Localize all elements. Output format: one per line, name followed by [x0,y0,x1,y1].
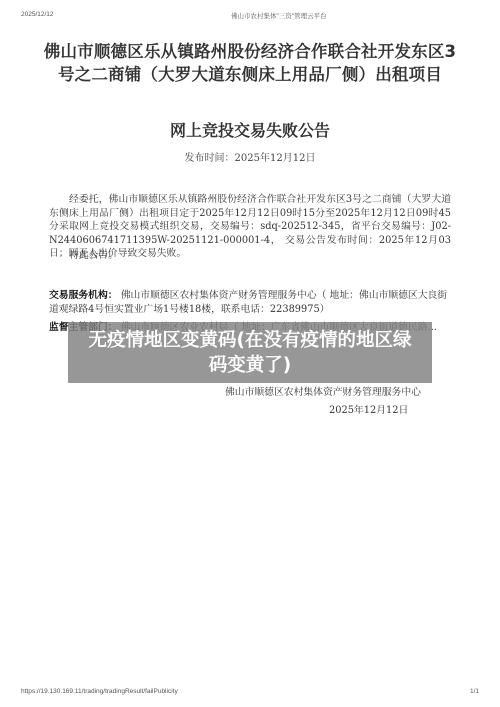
page-url: https://19.130.169.11/trading/tradingRes… [21,688,178,695]
publish-time: 发布时间：2025年12月12日 [40,149,460,164]
caption-overlay-banner: 无疫情地区变黄码(在没有疫情的地区绿码变黄了) [68,322,432,383]
signature-organization: 佛山市顺德区农村集体资产财务管理服务中心 [225,384,421,398]
overlay-caption: 无疫情地区变黄码(在没有疫情的地区绿码变黄了) [85,328,415,378]
closing-line: 特此公告。 [69,247,118,261]
print-header: 2025/12/12 佛山市农村集体"三资"管理云平台 [0,11,500,21]
document-subtitle: 网上竞投交易失败公告 [40,120,460,142]
print-site-title: 佛山市农村集体"三资"管理云平台 [231,11,327,20]
print-date: 2025/12/12 [21,11,54,18]
print-footer: https://19.130.169.11/trading/tradingRes… [0,688,500,698]
signature-date: 2025年12月12日 [329,402,408,416]
service-organization: 交易服务机构： 佛山市顺德区农村集体资产财务管理服务中心（ 地址：佛山市顺德区大… [49,289,451,316]
page-number: 1/1 [470,688,479,695]
service-org-label: 交易服务机构： [49,290,118,301]
document-title: 佛山市顺德区乐从镇路州股份经济合作联合社开发东区3号之二商铺（大罗大道东侧床上用… [40,40,460,86]
